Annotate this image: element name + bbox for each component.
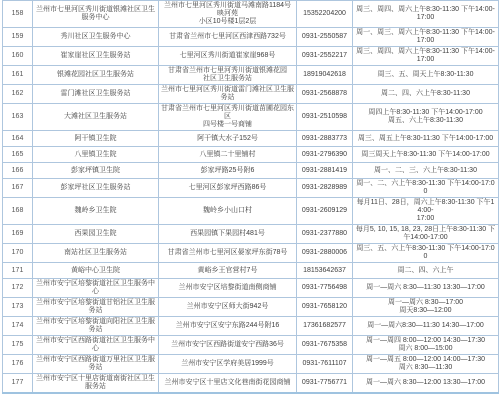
health-centers-table-container: 158兰州市七里河区秀川街道银滩社区卫生服务中心兰州市七里河区秀川街道马滩南路1…: [2, 0, 498, 328]
address-cell: 兰州市七里河区秀川街道马滩南路1184号映河苑 小区10号楼1层2层: [159, 1, 297, 28]
phone-cell: 0931-2796390: [297, 147, 353, 163]
hours-cell: 周一—周六 8:30—11:30 13:30—17:00: [353, 279, 499, 298]
phone-cell: 0931-2609129: [297, 198, 353, 225]
row-number-cell: 169: [3, 225, 33, 244]
hours-cell: 周三、周五上午8:30-11:30 下午14:00-17:00: [353, 131, 499, 147]
phone-cell: 0931-2550587: [297, 28, 353, 47]
hours-cell: 周二、四、六上午: [353, 263, 499, 279]
facility-name-cell: 大滩社区卫生服务站: [33, 104, 159, 131]
facility-name-cell: 彭家坪社区卫生服务站: [33, 179, 159, 198]
facility-name-cell: 崔家崖社区卫生服务站: [33, 47, 159, 66]
address-cell: 兰州市七里河区秀川街道雷门滩社区卫生服务站: [159, 85, 297, 104]
hours-cell: 周二、四、六上午8:30-11:30: [353, 85, 499, 104]
phone-cell: 0931-7756498: [297, 279, 353, 298]
facility-name-cell: 西果园卫生院: [33, 225, 159, 244]
row-number-cell: 174: [3, 317, 33, 329]
phone-cell: 18153642637: [297, 263, 353, 279]
phone-cell: 18919042618: [297, 66, 353, 85]
address-cell: 兰州市安宁区安宁东路244号附16: [159, 317, 297, 329]
address-cell: 黄峪乡王官营村7号: [159, 263, 297, 279]
address-cell: 兰州市安宁区师大街942号: [159, 298, 297, 317]
health-centers-table: 158兰州市七里河区秀川街道银滩社区卫生服务中心兰州市七里河区秀川街道马滩南路1…: [2, 0, 499, 328]
row-number-cell: 162: [3, 85, 33, 104]
hours-cell: 周一、二、六上午8:30-11:30 下午14:00-17:00: [353, 179, 499, 198]
table-row: 161银滩花园社区卫生服务站甘肃省兰州市七里河秀川街道银滩花园 社区卫生服务站1…: [3, 66, 499, 85]
hours-cell: 周一—周六8:30—11:30 14:30—17:00: [353, 317, 499, 329]
row-number-cell: 159: [3, 28, 33, 47]
address-cell: 阿干镇大水子152号: [159, 131, 297, 147]
table-row: 169西果园卫生院西果园镇下果园村481号0931-2377880每月5, 10…: [3, 225, 499, 244]
address-cell: 魏岭乡小山口村: [159, 198, 297, 225]
table-row: 174兰州市安宁区培黎街道向阳社区卫生服务站兰州市安宁区安宁东路244号附161…: [3, 317, 499, 329]
hours-cell: 周三、五、周天上午8:30-11:30: [353, 66, 499, 85]
phone-cell: 0931-2568878: [297, 85, 353, 104]
hours-cell: 周三、周四、周六上午8:30-11:30 下午14:00- 17:00: [353, 47, 499, 66]
hours-cell: 周三、五、六上午8:30-11:30 下午14:00-17:00: [353, 244, 499, 263]
row-number-cell: 165: [3, 147, 33, 163]
facility-name-cell: 秀川社区卫生服务中心: [33, 28, 159, 47]
table-row: 165八里镇卫生院八里镇二十里铺村0931-2796390周三周天上午8:30-…: [3, 147, 499, 163]
hours-cell: 周三周天上午8:30-11:30 下午14:00-17:00: [353, 147, 499, 163]
table-row: 172兰州市安宁区培黎街道社区卫生服务中心兰州市安宁区培黎街道南侧商铺0931-…: [3, 279, 499, 298]
facility-name-cell: 兰州市安宁区培黎街道甘铝社区卫生服务站: [33, 298, 159, 317]
hours-cell: 每月11日、28日，周六上午8:30-11:30 下午14:00- 17:00: [353, 198, 499, 225]
facility-name-cell: 银滩花园社区卫生服务站: [33, 66, 159, 85]
row-number-cell: 170: [3, 244, 33, 263]
table-row: 164阿干镇卫生院阿干镇大水子152号0931-2883773周三、周五上午8:…: [3, 131, 499, 147]
row-number-cell: 161: [3, 66, 33, 85]
row-number-cell: 172: [3, 279, 33, 298]
facility-name-cell: 兰州市七里河区秀川街道银滩社区卫生服务中心: [33, 1, 159, 28]
hours-cell: 每月5, 10, 15, 18, 23, 28日上午8:30-11:30 下 午…: [353, 225, 499, 244]
address-cell: 八里镇二十里铺村: [159, 147, 297, 163]
table-row: 162雷门滩社区卫生服务站兰州市七里河区秀川街道雷门滩社区卫生服务站0931-2…: [3, 85, 499, 104]
phone-cell: 0931-2552217: [297, 47, 353, 66]
phone-cell: 0931-2881419: [297, 163, 353, 179]
row-number-cell: 166: [3, 163, 33, 179]
table-row: 166彭家坪镇卫生院彭家坪路25号附60931-2881419周一、二、三、六上…: [3, 163, 499, 179]
phone-cell: 0931-2377880: [297, 225, 353, 244]
table-row: 173兰州市安宁区培黎街道甘铝社区卫生服务站兰州市安宁区师大街942号0931-…: [3, 298, 499, 317]
phone-cell: 17361682577: [297, 317, 353, 329]
table-row: 160崔家崖社区卫生服务站七里河区秀川街道崔家崖968号0931-2552217…: [3, 47, 499, 66]
facility-name-cell: 南站社区卫生服务站: [33, 244, 159, 263]
facility-name-cell: 魏岭乡卫生院: [33, 198, 159, 225]
facility-name-cell: 八里镇卫生院: [33, 147, 159, 163]
phone-cell: 0931-2883773: [297, 131, 353, 147]
row-number-cell: 160: [3, 47, 33, 66]
facility-name-cell: 兰州市安宁区培黎街道社区卫生服务中心: [33, 279, 159, 298]
table-row: 158兰州市七里河区秀川街道银滩社区卫生服务中心兰州市七里河区秀川街道马滩南路1…: [3, 1, 499, 28]
row-number-cell: 163: [3, 104, 33, 131]
row-number-cell: 164: [3, 131, 33, 147]
facility-name-cell: 黄峪中心卫生院: [33, 263, 159, 279]
address-cell: 甘肃省兰州市七里河区秀川街道苗圃花园东区 四号楼一号商铺: [159, 104, 297, 131]
address-cell: 甘肃省兰州市七里河区西津西路732号: [159, 28, 297, 47]
address-cell: 彭家坪路25号附6: [159, 163, 297, 179]
row-number-cell: 167: [3, 179, 33, 198]
address-cell: 兰州市安宁区培黎街道南侧商铺: [159, 279, 297, 298]
hours-cell: 周一—周六 8:30—17:00 周天8:30—12:00: [353, 298, 499, 317]
address-cell: 七里河区彭家坪西路86号: [159, 179, 297, 198]
table-row: 171黄峪中心卫生院黄峪乡王官营村7号18153642637周二、四、六上午: [3, 263, 499, 279]
hours-cell: 周四上午8:30-11:30 下午14:00-17:00 周五、六上午8:30-…: [353, 104, 499, 131]
table-row: 170南站社区卫生服务站甘肃省兰州市七里河区晏家坪东街78号0931-28800…: [3, 244, 499, 263]
facility-name-cell: 雷门滩社区卫生服务站: [33, 85, 159, 104]
address-cell: 甘肃省兰州市七里河区晏家坪东街78号: [159, 244, 297, 263]
row-number-cell: 171: [3, 263, 33, 279]
row-number-cell: 173: [3, 298, 33, 317]
table-row: 168魏岭乡卫生院魏岭乡小山口村0931-2609129每月11日、28日，周六…: [3, 198, 499, 225]
table-body: 158兰州市七里河区秀川街道银滩社区卫生服务中心兰州市七里河区秀川街道马滩南路1…: [3, 1, 499, 329]
hours-cell: 周一、二、三、六上午8:30-11:30: [353, 163, 499, 179]
facility-name-cell: 阿干镇卫生院: [33, 131, 159, 147]
hours-cell: 周一、周三、周六上午8:30-11:30 下午14:00- 17:00: [353, 28, 499, 47]
phone-cell: 0931-2510598: [297, 104, 353, 131]
phone-cell: 0931-2880006: [297, 244, 353, 263]
table-row: 163大滩社区卫生服务站甘肃省兰州市七里河区秀川街道苗圃花园东区 四号楼一号商铺…: [3, 104, 499, 131]
table-row: 167彭家坪社区卫生服务站七里河区彭家坪西路86号0931-2828989周一、…: [3, 179, 499, 198]
phone-cell: 0931-2828989: [297, 179, 353, 198]
facility-name-cell: 兰州市安宁区培黎街道向阳社区卫生服务站: [33, 317, 159, 329]
address-cell: 七里河区秀川街道崔家崖968号: [159, 47, 297, 66]
address-cell: 甘肃省兰州市七里河秀川街道银滩花园 社区卫生服务站: [159, 66, 297, 85]
table-row: 159秀川社区卫生服务中心甘肃省兰州市七里河区西津西路732号0931-2550…: [3, 28, 499, 47]
hours-cell: 周三、周四、周六上午8:30-11:30 下午14:00- 17:00: [353, 1, 499, 28]
phone-cell: 0931-7658120: [297, 298, 353, 317]
address-cell: 西果园镇下果园村481号: [159, 225, 297, 244]
row-number-cell: 158: [3, 1, 33, 28]
phone-cell: 15352204200: [297, 1, 353, 28]
row-number-cell: 168: [3, 198, 33, 225]
facility-name-cell: 彭家坪镇卫生院: [33, 163, 159, 179]
